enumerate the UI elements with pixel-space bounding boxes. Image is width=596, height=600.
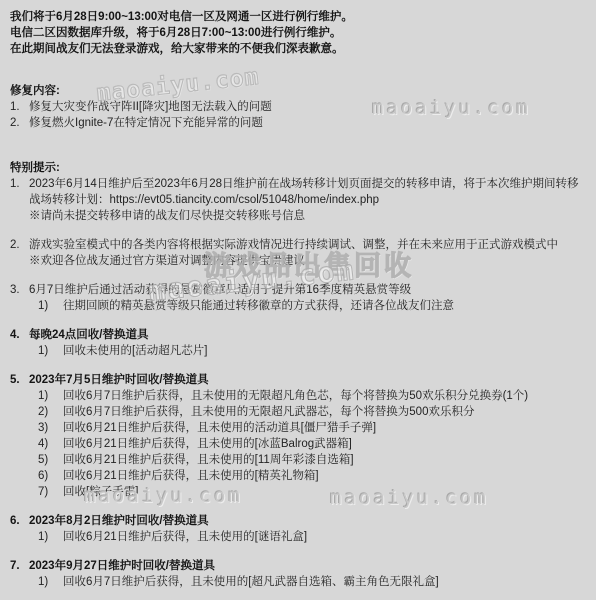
list-marker: 2. (10, 237, 29, 253)
intro-block: 我们将于6月28日9:00~13:00对电信一区及网通一区进行例行维护。 电信二… (10, 9, 590, 57)
maintenance-notice: 我们将于6月28日9:00~13:00对电信一区及网通一区进行例行维护。 电信二… (0, 0, 596, 590)
special-item-2: 2. 游戏实验室模式中的各类内容将根据实际游戏情况进行持续调试、调整，并在未来应… (10, 237, 590, 269)
special-subitem-text: 回收6月21日维护后获得，且未使用的活动道具[僵尸猎手子弹] (63, 420, 376, 436)
special-item-head: 2023年8月2日维护时回收/替换道具 (29, 513, 209, 529)
special-item-note: ※请尚未提交转移申请的战友们尽快提交转移账号信息 (10, 208, 590, 224)
special-item-head: 2023年7月5日维护时回收/替换道具 (29, 372, 209, 388)
special-subitem-text: 回收6月21日维护后获得，且未使用的[精英礼物箱] (63, 468, 319, 484)
sublist-marker: 3) (38, 420, 63, 436)
intro-line-3: 在此期间战友们无法登录游戏，给大家带来的不便我们深表歉意。 (10, 41, 590, 57)
list-marker: 5. (10, 372, 29, 388)
list-marker: 3. (10, 282, 29, 298)
special-item-5: 5. 2023年7月5日维护时回收/替换道具 1) 回收6月7日维护后获得，且未… (10, 372, 590, 500)
special-subitem-text: 回收6月21日维护后获得，且未使用的[冰蓝Balrog武器箱] (63, 436, 352, 452)
fix-item-text: 修复燃火Ignite-7在特定情况下充能异常的问题 (29, 115, 263, 131)
special-item-head: 每晚24点回收/替换道具 (29, 327, 149, 343)
fix-item-text: 修复大灾变作战守阵II[降灾]地图无法载入的问题 (29, 99, 272, 115)
fix-item: 2. 修复燃火Ignite-7在特定情况下充能异常的问题 (10, 115, 590, 131)
special-subitem-text: 回收6月7日维护后获得，且未使用的无限超凡武器芯，每个将替换为500欢乐积分 (63, 404, 474, 420)
special-subitem-text: 回收6月21日维护后获得，且未使用的[谜语礼盒] (63, 529, 307, 545)
special-subitem-text: 回收6月21日维护后获得，且未使用的[11周年彩漆自选箱] (63, 452, 354, 468)
sublist-marker: 1) (38, 388, 63, 404)
sublist-marker: 1) (38, 343, 63, 359)
fix-item: 1. 修复大灾变作战守阵II[降灾]地图无法载入的问题 (10, 99, 590, 115)
sublist-marker: 7) (38, 484, 63, 500)
special-section-title: 特别提示: (10, 160, 590, 176)
special-item-head: 6月7日维护后通过活动获得的悬赏徽章只适用于提升第16季度精英悬赏等级 (29, 282, 411, 298)
sublist-marker: 2) (38, 404, 63, 420)
intro-line-1: 我们将于6月28日9:00~13:00对电信一区及网通一区进行例行维护。 (10, 9, 590, 25)
fix-section-title: 修复内容: (10, 83, 590, 99)
sublist-marker: 1) (38, 529, 63, 545)
list-marker: 1. (10, 99, 29, 115)
special-subitem-text: 往期回顾的精英悬赏等级只能通过转移徽章的方式获得，还请各位战友们注意 (63, 298, 454, 314)
list-marker: 7. (10, 558, 29, 574)
special-item-4: 4. 每晚24点回收/替换道具 1) 回收未使用的[活动超凡芯片] (10, 327, 590, 359)
sublist-marker: 1) (38, 298, 63, 314)
sublist-marker: 5) (38, 452, 63, 468)
intro-line-2: 电信二区因数据库升级，将于6月28日7:00~13:00进行例行维护。 (10, 25, 590, 41)
sublist-marker: 6) (38, 468, 63, 484)
list-marker: 1. (10, 176, 29, 192)
special-subitem-text: 回收6月7日维护后获得，且未使用的无限超凡角色芯，每个将替换为50欢乐积分兑换券… (63, 388, 528, 404)
special-item-6: 6. 2023年8月2日维护时回收/替换道具 1) 回收6月21日维护后获得，且… (10, 513, 590, 545)
list-marker: 2. (10, 115, 29, 131)
special-item-head: 2023年9月27日维护时回收/替换道具 (29, 558, 215, 574)
list-marker: 6. (10, 513, 29, 529)
special-item-7: 7. 2023年9月27日维护时回收/替换道具 1) 回收6月7日维护后获得，且… (10, 558, 590, 590)
special-item-text: 游戏实验室模式中的各类内容将根据实际游戏情况进行持续调试、调整，并在未来应用于正… (29, 237, 558, 253)
transfer-url: 战场转移计划：https://evt05.tiancity.com/csol/5… (10, 192, 590, 208)
sublist-marker: 1) (38, 574, 63, 590)
special-subitem-text: 回收[粽子手雷] (63, 484, 138, 500)
special-item-note: ※欢迎各位战友通过官方渠道对调整内容提供宝贵建议 (10, 253, 590, 269)
special-subitem-text: 回收未使用的[活动超凡芯片] (63, 343, 207, 359)
special-subitem-text: 回收6月7日维护后获得，且未使用的[超凡武器自选箱、霸主角色无限礼盒] (63, 574, 439, 590)
special-item-1: 1. 2023年6月14日维护后至2023年6月28日维护前在战场转移计划页面提… (10, 176, 590, 224)
special-item-text: 2023年6月14日维护后至2023年6月28日维护前在战场转移计划页面提交的转… (29, 176, 579, 192)
sublist-marker: 4) (38, 436, 63, 452)
special-item-3: 3. 6月7日维护后通过活动获得的悬赏徽章只适用于提升第16季度精英悬赏等级 1… (10, 282, 590, 314)
list-marker: 4. (10, 327, 29, 343)
